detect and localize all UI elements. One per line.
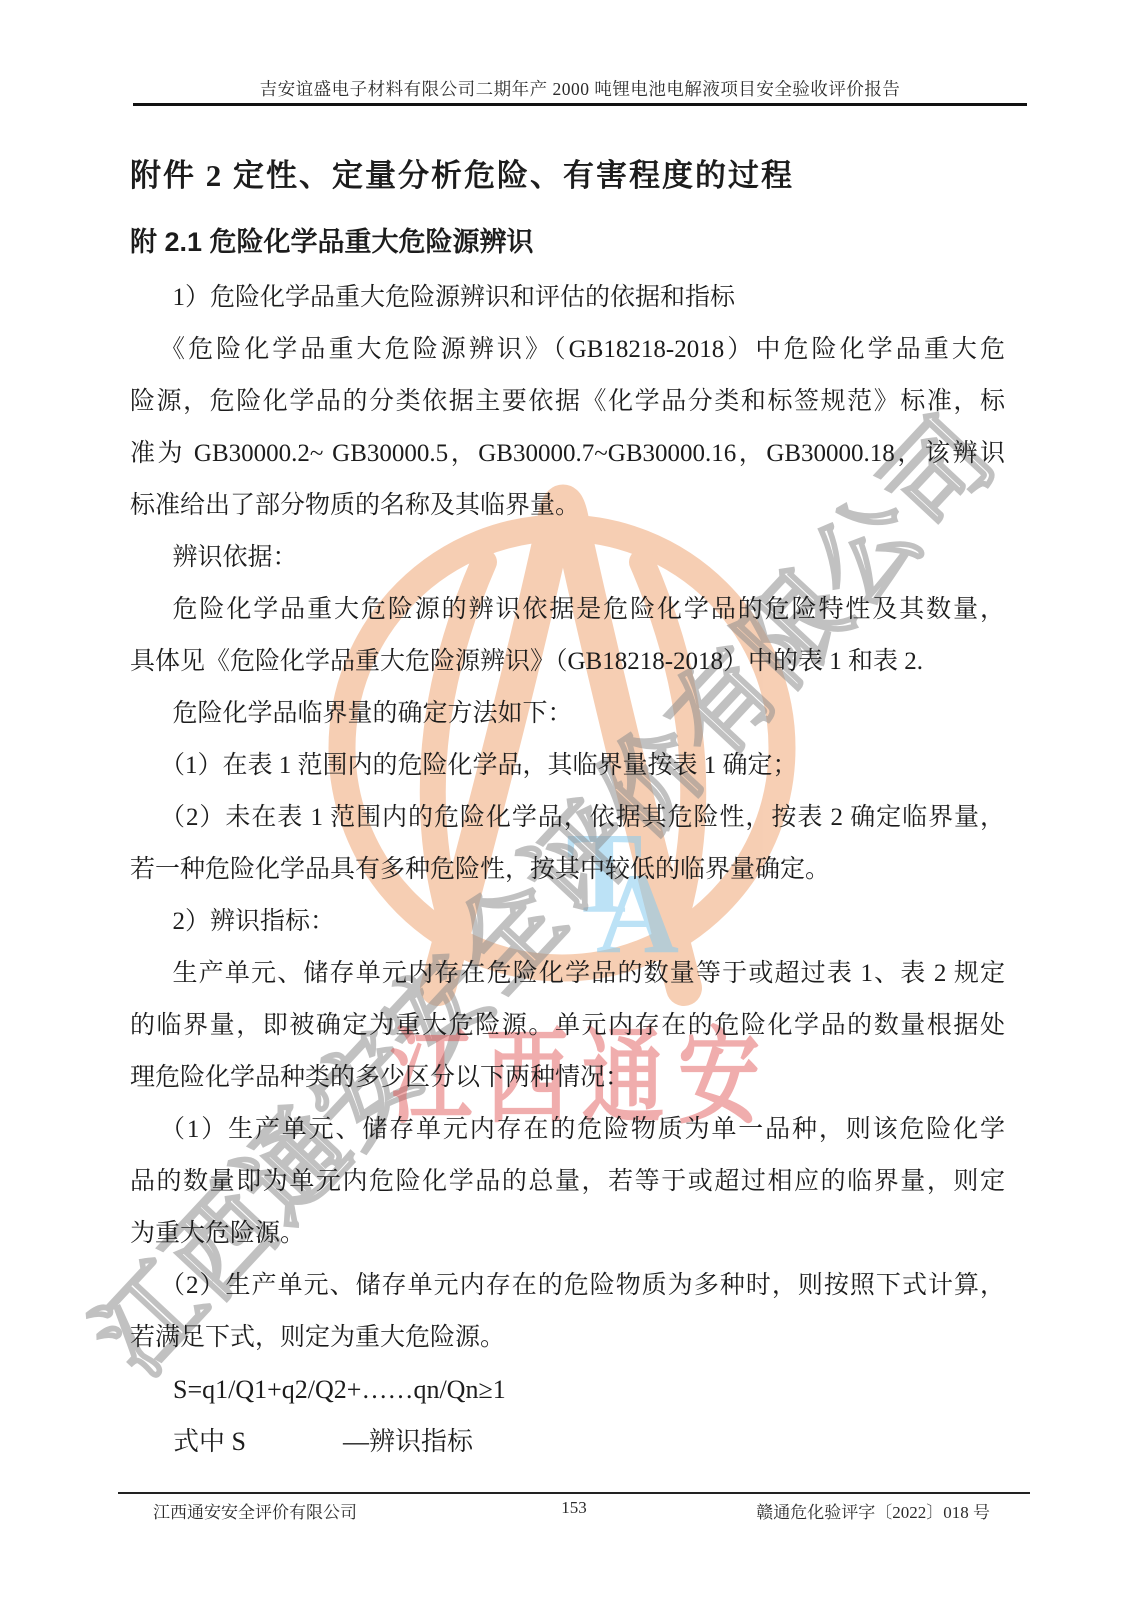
body-line-text: （1）在表 1 范围内的危险化学品，其临界量按表 1 确定； (160, 752, 798, 779)
body-line: 准为 GB30000.2~ GB30000.5，GB30000.7~GB3000… (130, 428, 1005, 480)
footer-company: 江西通安安全评价有限公司 (153, 1498, 357, 1523)
page-footer: 江西通安安全评价有限公司 153 赣通危化验评字〔2022〕018 号 (118, 1498, 1030, 1524)
body-line: 危险化学品重大危险源的辨识依据是危险化学品的危险特性及其数量， (130, 584, 1005, 636)
body-line: 1）危险化学品重大危险源辨识和评估的依据和指标 (130, 272, 1005, 324)
body-line-text: 若满足下式，则定为重大危险源。 (130, 1324, 505, 1351)
body-line-text: 危险化学品重大危险源的辨识依据是危险化学品的危险特性及其数量， (173, 596, 1006, 623)
body-line-text: （1）生产单元、储存单元内存在的危险物质为单一品种，则该危险化学 (160, 1116, 1005, 1143)
body-line: 危险化学品临界量的确定方法如下： (130, 688, 1005, 740)
body-line: （2）未在表 1 范围内的危险化学品，依据其危险性，按表 2 确定临界量， (130, 792, 1005, 844)
body-line-text: 为重大危险源。 (130, 1220, 305, 1247)
body-line-text: 生产单元、储存单元内存在危险化学品的数量等于或超过表 1、表 2 规定 (173, 960, 1006, 987)
body-line-text-2: —辨识指标 (343, 1427, 473, 1456)
body-line: 生产单元、储存单元内存在危险化学品的数量等于或超过表 1、表 2 规定 (130, 948, 1005, 1000)
body-line: （1）生产单元、储存单元内存在的危险物质为单一品种，则该危险化学 (130, 1104, 1005, 1156)
body-line-text: 具体见《危险化学品重大危险源辨识》（GB18218-2018）中的表 1 和表 … (130, 648, 923, 675)
body-line-text: （2）生产单元、储存单元内存在的危险物质为多种时，则按照下式计算， (160, 1272, 1005, 1299)
body-line: 式中 S—辨识指标 (130, 1416, 1005, 1468)
body-line-text: 危险化学品临界量的确定方法如下： (173, 700, 573, 727)
body-line-text: 险源，危险化学品的分类依据主要依据《化学品分类和标签规范》标准，标 (130, 388, 1005, 415)
body-line-text: 标准给出了部分物质的名称及其临界量。 (130, 492, 580, 519)
body-line: 辨识依据： (130, 532, 1005, 584)
footer-page-number: 153 (561, 1498, 587, 1518)
body-line: 为重大危险源。 (130, 1208, 1005, 1260)
attachment-title: 附件 2 定性、定量分析危险、有害程度的过程 (130, 150, 1010, 195)
footer-rule (118, 1492, 1030, 1494)
body-line-text: 辨识依据： (173, 544, 298, 571)
body-line: 具体见《危险化学品重大危险源辨识》（GB18218-2018）中的表 1 和表 … (130, 636, 1005, 688)
body-line: 险源，危险化学品的分类依据主要依据《化学品分类和标签规范》标准，标 (130, 376, 1005, 428)
body-line-text: S=q1/Q1+q2/Q2+……qn/Qn≥1 (173, 1375, 506, 1404)
body-line: 若一种危险化学品具有多种危险性，按其中较低的临界量确定。 (130, 844, 1005, 896)
body-line-text: 式中 S (173, 1427, 246, 1456)
body-line-text: 品的数量即为单元内危险化学品的总量，若等于或超过相应的临界量，则定 (130, 1168, 1005, 1195)
body-line-text: （2）未在表 1 范围内的危险化学品，依据其危险性，按表 2 确定临界量， (160, 804, 1005, 831)
body-line-text: 2）辨识指标： (173, 908, 336, 935)
body-line-text: 的临界量，即被确定为重大危险源。单元内存在的危险化学品的数量根据处 (130, 1012, 1005, 1039)
footer-doc-number: 赣通危化验评字〔2022〕018 号 (756, 1498, 990, 1523)
report-page: T A 江西通安安全评价有限公司 江西通安 吉安谊盛电子材料有限公司二期年产 2… (0, 0, 1131, 1600)
body-line: 理危险化学品种类的多少区分以下两种情况： (130, 1052, 1005, 1104)
body-line-text: 1）危险化学品重大危险源辨识和评估的依据和指标 (173, 284, 736, 311)
body-line: S=q1/Q1+q2/Q2+……qn/Qn≥1 (130, 1364, 1005, 1416)
body-line: （2）生产单元、储存单元内存在的危险物质为多种时，则按照下式计算， (130, 1260, 1005, 1312)
body-line-text: 准为 GB30000.2~ GB30000.5，GB30000.7~GB3000… (130, 440, 1005, 467)
body-line: 品的数量即为单元内危险化学品的总量，若等于或超过相应的临界量，则定 (130, 1156, 1005, 1208)
body-text: 1）危险化学品重大危险源辨识和评估的依据和指标《危险化学品重大危险源辨识》（GB… (130, 272, 1005, 1468)
section-heading: 附 2.1 危险化学品重大危险源辨识 (130, 220, 1010, 259)
body-line: 标准给出了部分物质的名称及其临界量。 (130, 480, 1005, 532)
body-line-text: 理危险化学品种类的多少区分以下两种情况： (130, 1064, 630, 1091)
header-rule (133, 103, 1027, 106)
body-line: 的临界量，即被确定为重大危险源。单元内存在的危险化学品的数量根据处 (130, 1000, 1005, 1052)
body-line-text: 《危险化学品重大危险源辨识》（GB18218-2018）中危险化学品重大危 (160, 336, 1005, 363)
body-line: 《危险化学品重大危险源辨识》（GB18218-2018）中危险化学品重大危 (130, 324, 1005, 376)
body-line: 2）辨识指标： (130, 896, 1005, 948)
body-line: 若满足下式，则定为重大危险源。 (130, 1312, 1005, 1364)
page-header-title: 吉安谊盛电子材料有限公司二期年产 2000 吨锂电池电解液项目安全验收评价报告 (133, 76, 1027, 101)
body-line: （1）在表 1 范围内的危险化学品，其临界量按表 1 确定； (130, 740, 1005, 792)
body-line-text: 若一种危险化学品具有多种危险性，按其中较低的临界量确定。 (130, 856, 830, 883)
